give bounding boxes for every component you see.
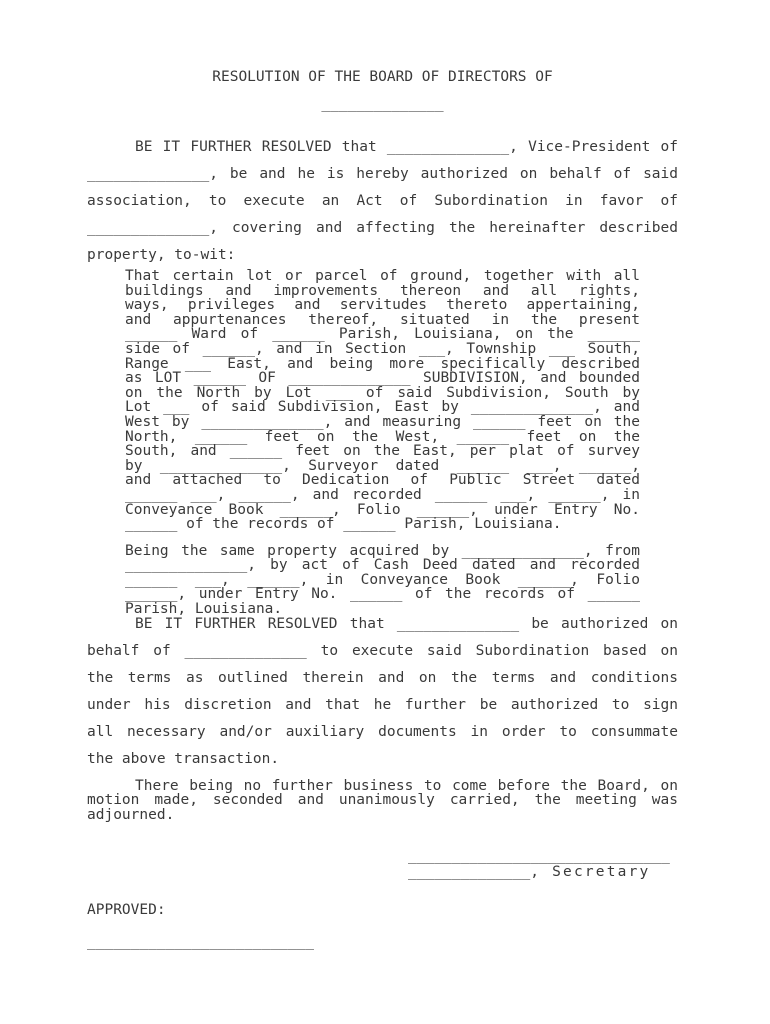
document-line: property, to-wit: — [87, 242, 678, 269]
paragraph-property-description: That certain lot or parcel of ground, to… — [125, 269, 640, 532]
document-line: behalf of ______________ to execute said… — [87, 638, 678, 665]
document-line: on the North by Lot ___ of said Subdivis… — [125, 386, 640, 401]
document-line: Being the same property acquired by ____… — [125, 544, 640, 559]
document-line: ______ ___, ______, in Conveyance Book _… — [125, 573, 640, 588]
secretary-name-blank: ______________ — [408, 864, 530, 880]
document-line: all necessary and/or auxiliary documents… — [87, 719, 678, 746]
document-line: ______________, be and he is hereby auth… — [87, 161, 678, 188]
document-line: adjourned. — [87, 808, 678, 823]
paragraph-adjournment: There being no further business to come … — [87, 779, 678, 823]
document-line: side of ______, and in Section ___, Town… — [125, 342, 640, 357]
title-blank-line: ______________ — [87, 91, 678, 118]
signature-block: ______________________________ _________… — [408, 848, 672, 880]
document-page: RESOLUTION OF THE BOARD OF DIRECTORS OF … — [0, 0, 770, 1024]
paragraph-property-acquisition: Being the same property acquired by ____… — [125, 544, 640, 617]
document-line: and appurtenances thereof, situated in t… — [125, 313, 640, 328]
document-line: motion made, seconded and unanimously ca… — [87, 793, 678, 808]
document-line: buildings and improvements thereon and a… — [125, 284, 640, 299]
document-line: Lot ___ of said Subdivision, East by ___… — [125, 400, 640, 415]
paragraph-resolve-vice-president: BE IT FURTHER RESOLVED that ____________… — [87, 134, 678, 269]
document-line: as LOT ______ OF ______________ SUBDIVIS… — [125, 371, 640, 386]
document-paragraphs: BE IT FURTHER RESOLVED that ____________… — [87, 134, 678, 822]
document-line: ______________, by act of Cash Deed date… — [125, 558, 640, 573]
approved-label: APPROVED: — [87, 902, 678, 918]
document-line: South, and ______ feet on the East, per … — [125, 444, 640, 459]
document-line: ______ of the records of ______ Parish, … — [125, 517, 640, 532]
document-line: the above transaction. — [87, 746, 678, 773]
paragraph-resolve-authorization: BE IT FURTHER RESOLVED that ____________… — [87, 611, 678, 773]
approved-signature-line: __________________________ — [87, 934, 678, 950]
document-line: BE IT FURTHER RESOLVED that ____________… — [87, 134, 678, 161]
document-line: the terms as outlined therein and on the… — [87, 665, 678, 692]
document-line: That certain lot or parcel of ground, to… — [125, 269, 640, 284]
secretary-signature-line: ______________________________ — [408, 848, 672, 864]
document-line: ______ Ward of ______ Parish, Louisiana,… — [125, 327, 640, 342]
document-line: There being no further business to come … — [87, 779, 678, 794]
document-line: ways, privileges and servitudes thereto … — [125, 298, 640, 313]
document-line: under his discretion and that he further… — [87, 692, 678, 719]
document-line: West by ______________, and measuring __… — [125, 415, 640, 430]
secretary-name-line: ______________, Secretary — [408, 864, 672, 880]
document-line: Range ___ East, and being more specifica… — [125, 357, 640, 372]
document-line: ______________, covering and affecting t… — [87, 215, 678, 242]
document-line: Conveyance Book ______, Folio ______, un… — [125, 503, 640, 518]
document-line: North, ______ feet on the West, ______ f… — [125, 430, 640, 445]
secretary-label: , Secretary — [530, 864, 650, 880]
document-line: ______ ___, ______, and recorded ______ … — [125, 488, 640, 503]
document-title: RESOLUTION OF THE BOARD OF DIRECTORS OF — [87, 64, 678, 91]
document-line: association, to execute an Act of Subord… — [87, 188, 678, 215]
document-line: ______, under Entry No. ______ of the re… — [125, 587, 640, 602]
document-line: BE IT FURTHER RESOLVED that ____________… — [87, 611, 678, 638]
document-line: and attached to Dedication of Public Str… — [125, 473, 640, 488]
document-line: by ______________, Surveyor dated ______… — [125, 459, 640, 474]
